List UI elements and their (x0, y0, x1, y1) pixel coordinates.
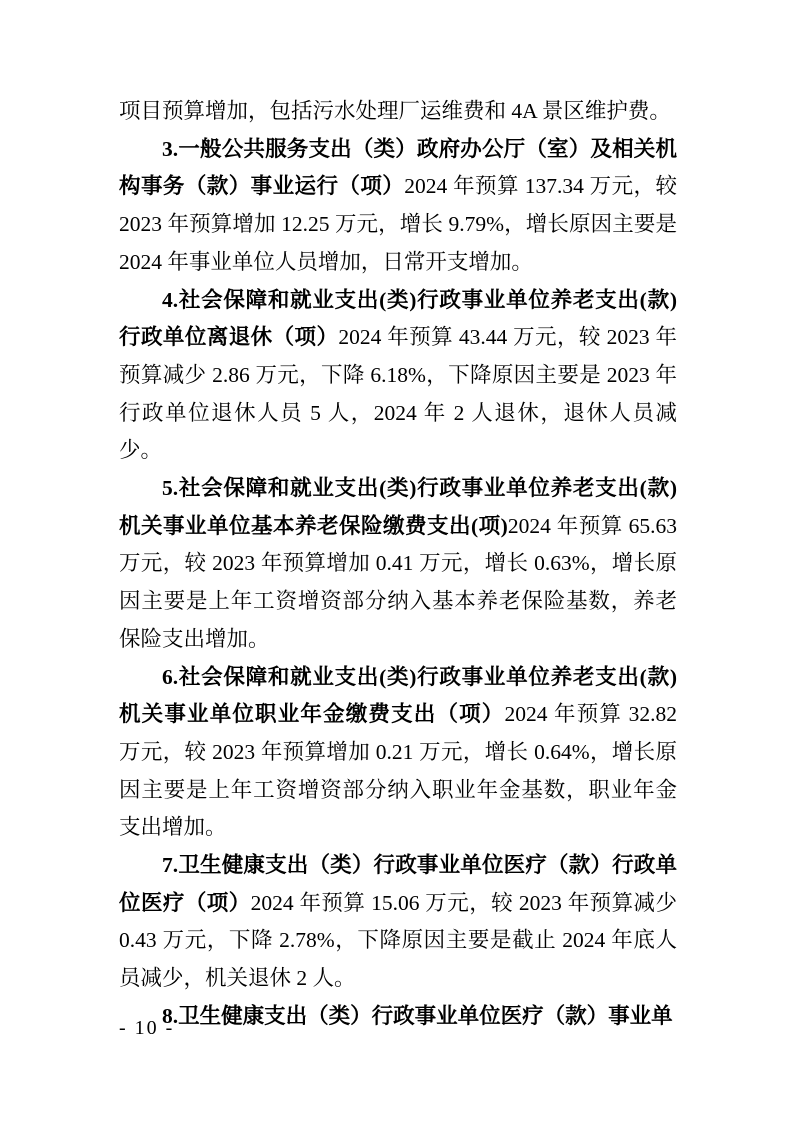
paragraph-item-3: 3.一般公共服务支出（类）政府办公厅（室）及相关机构事务（款）事业运行（项）20… (119, 131, 677, 282)
paragraph-item-7: 7.卫生健康支出（类）行政事业单位医疗（款）行政单位医疗（项）2024 年预算 … (119, 847, 677, 998)
document-page: 项目预算增加，包括污水处理厂运维费和 4A 景区维护费。 3.一般公共服务支出（… (0, 0, 793, 1122)
paragraph-item-4: 4.社会保障和就业支出(类)行政事业单位养老支出(款)行政单位离退休（项）202… (119, 282, 677, 471)
paragraph-item-5: 5.社会保障和就业支出(类)行政事业单位养老支出(款)机关事业单位基本养老保险缴… (119, 470, 677, 659)
page-number: - 10 - (119, 1013, 174, 1043)
paragraph-continuation: 项目预算增加，包括污水处理厂运维费和 4A 景区维护费。 (119, 93, 677, 131)
paragraph-heading: 8.卫生健康支出（类）行政事业单位医疗（款）事业单 (162, 1004, 673, 1028)
paragraph-text: 项目预算增加，包括污水处理厂运维费和 4A 景区维护费。 (119, 99, 671, 123)
paragraph-item-6: 6.社会保障和就业支出(类)行政事业单位养老支出(款)机关事业单位职业年金缴费支… (119, 659, 677, 848)
paragraph-item-8: 8.卫生健康支出（类）行政事业单位医疗（款）事业单 (119, 998, 677, 1036)
page-body: 项目预算增加，包括污水处理厂运维费和 4A 景区维护费。 3.一般公共服务支出（… (119, 93, 677, 1036)
